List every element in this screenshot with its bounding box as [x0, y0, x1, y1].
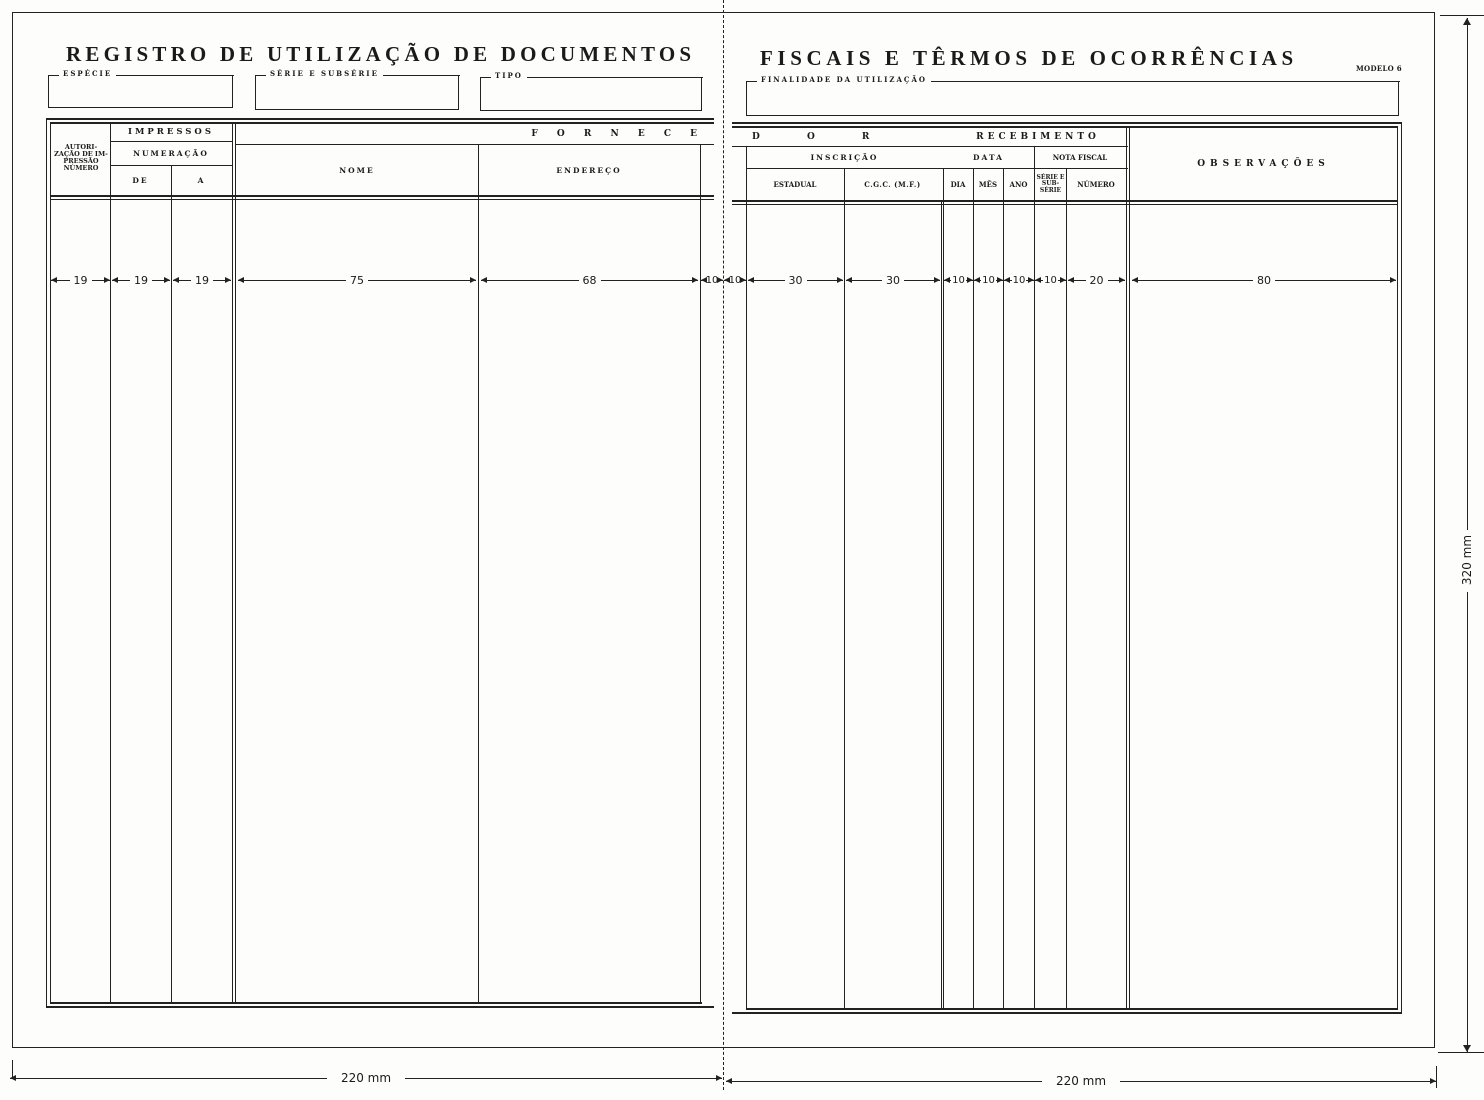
dim-estadual: 30 — [748, 273, 843, 287]
fold-line — [723, 0, 724, 1090]
header-nome: NOME — [236, 145, 478, 195]
header-endereco: ENDEREÇO — [478, 145, 700, 195]
header-observacoes: OBSERVAÇÕES — [1130, 127, 1397, 200]
especie-label: ESPÉCIE — [59, 69, 116, 78]
header-data: DATA — [943, 147, 1034, 168]
dim-endereco: 68 — [481, 273, 698, 287]
dim-observacoes: 80 — [1132, 273, 1396, 287]
dim-de: 19 — [112, 273, 170, 287]
header-ano: ANO — [1003, 169, 1034, 200]
serie-subserie-label: SÉRIE E SUBSÉRIE — [266, 69, 383, 78]
serie-subserie-field[interactable]: SÉRIE E SUBSÉRIE — [255, 76, 459, 110]
page-height-label: 320 mm — [1460, 525, 1474, 595]
dim-dia: 10 — [944, 273, 973, 287]
tipo-label: TIPO — [491, 71, 527, 80]
header-impressos: IMPRESSOS — [110, 122, 232, 141]
finalidade-field[interactable]: FINALIDADE DA UTILIZAÇÃO — [746, 82, 1399, 116]
dim-page-width-right: 220 mm — [726, 1074, 1436, 1088]
dim-page-width-left: 220 mm — [10, 1071, 722, 1085]
especie-field[interactable]: ESPÉCIE — [48, 76, 233, 108]
header-a: A — [171, 166, 232, 195]
header-numero: NÚMERO — [1066, 169, 1126, 200]
header-de: DE — [110, 166, 171, 195]
dim-a: 19 — [173, 273, 231, 287]
header-fornecedor-left: F O R N E C E — [515, 124, 705, 144]
header-dia: DIA — [943, 169, 973, 200]
header-serie-subserie: SÉRIE E SUB-SÉRIE — [1035, 169, 1066, 200]
dim-mes: 10 — [974, 273, 1003, 287]
dim-cgc: 30 — [846, 273, 940, 287]
header-autorizacao: AUTORI-ZAÇÃO DE IM-PRESSÃO NÚMERO — [52, 130, 110, 185]
dim-autorizacao: 19 — [51, 273, 110, 287]
form-title-left: REGISTRO DE UTILIZAÇÃO DE DOCUMENTOS — [66, 42, 695, 67]
dim-gap-left: 10 — [701, 273, 723, 287]
dim-nome: 75 — [238, 273, 476, 287]
header-estadual: ESTADUAL — [746, 169, 844, 200]
dim-gap-right: 10 — [724, 273, 746, 287]
header-inscricao: INSCRIÇÃO — [746, 147, 943, 168]
header-cgc: C.G.C. (M.F.) — [844, 169, 941, 200]
dim-serie: 10 — [1035, 273, 1066, 287]
header-fornecedor-right: D O R — [752, 127, 842, 146]
form-title-right: FISCAIS E TÊRMOS DE OCORRÊNCIAS — [760, 46, 1298, 71]
header-recebimento: RECEBIMENTO — [950, 127, 1126, 146]
header-nota-fiscal: NOTA FISCAL — [1034, 147, 1126, 168]
finalidade-label: FINALIDADE DA UTILIZAÇÃO — [757, 75, 931, 84]
header-mes: MÊS — [973, 169, 1003, 200]
dim-ano: 10 — [1004, 273, 1034, 287]
model-label: MODELO 6 — [1356, 64, 1402, 73]
header-numeracao: NUMERAÇÃO — [110, 142, 232, 165]
dim-numero: 20 — [1068, 273, 1125, 287]
tipo-field[interactable]: TIPO — [480, 78, 702, 111]
